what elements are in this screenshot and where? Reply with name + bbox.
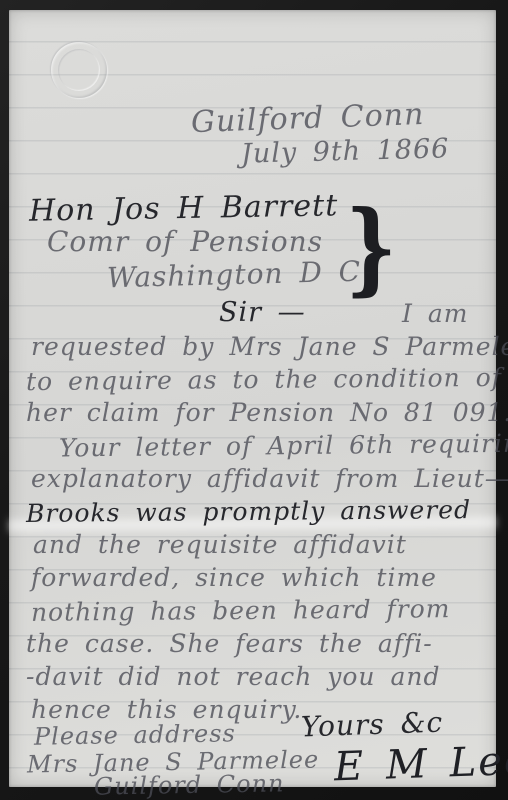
address-note-line3: Guilford Conn <box>94 770 285 800</box>
body-line: nothing has been heard from <box>31 595 451 626</box>
recipient-brace: } <box>345 192 396 302</box>
body-line: her claim for Pension No 81 091. <box>26 399 508 427</box>
embossed-seal-icon <box>51 42 107 98</box>
signature: E M Lee <box>333 739 508 790</box>
body-line: the case. She fears the affi- <box>26 630 433 658</box>
body-line: requested by Mrs Jane S Parmelee <box>31 333 508 361</box>
place-line: Guilford Conn <box>190 98 424 139</box>
body-line: and the requisite affidavit <box>33 531 407 559</box>
body-line: Brooks was promptly answered <box>26 496 471 527</box>
body-line: explanatory affidavit from Lieut— <box>31 465 508 493</box>
scan-frame: Guilford Conn July 9th 1866 Hon Jos H Ba… <box>0 0 508 800</box>
body-line: forwarded, since which time <box>31 564 437 592</box>
recipient-name: Hon Jos H Barrett <box>29 189 339 227</box>
body-line: -davit did not reach you and <box>26 663 441 691</box>
body-line: Your letter of April 6th requiring <box>59 429 508 462</box>
body-line: hence this enquiry. <box>31 696 302 724</box>
body-line: to enquire as to the condition of <box>26 364 502 396</box>
recipient-title: Comr of Pensions <box>47 227 323 258</box>
address-note-line1: Please address <box>34 720 236 750</box>
closing: Yours &c <box>301 708 444 744</box>
salutation: Sir — <box>219 298 306 328</box>
recipient-city: Washington D C <box>107 257 362 294</box>
date-line: July 9th 1866 <box>241 134 450 169</box>
letter-paper: Guilford Conn July 9th 1866 Hon Jos H Ba… <box>9 10 496 787</box>
body-line: I am <box>402 300 468 328</box>
